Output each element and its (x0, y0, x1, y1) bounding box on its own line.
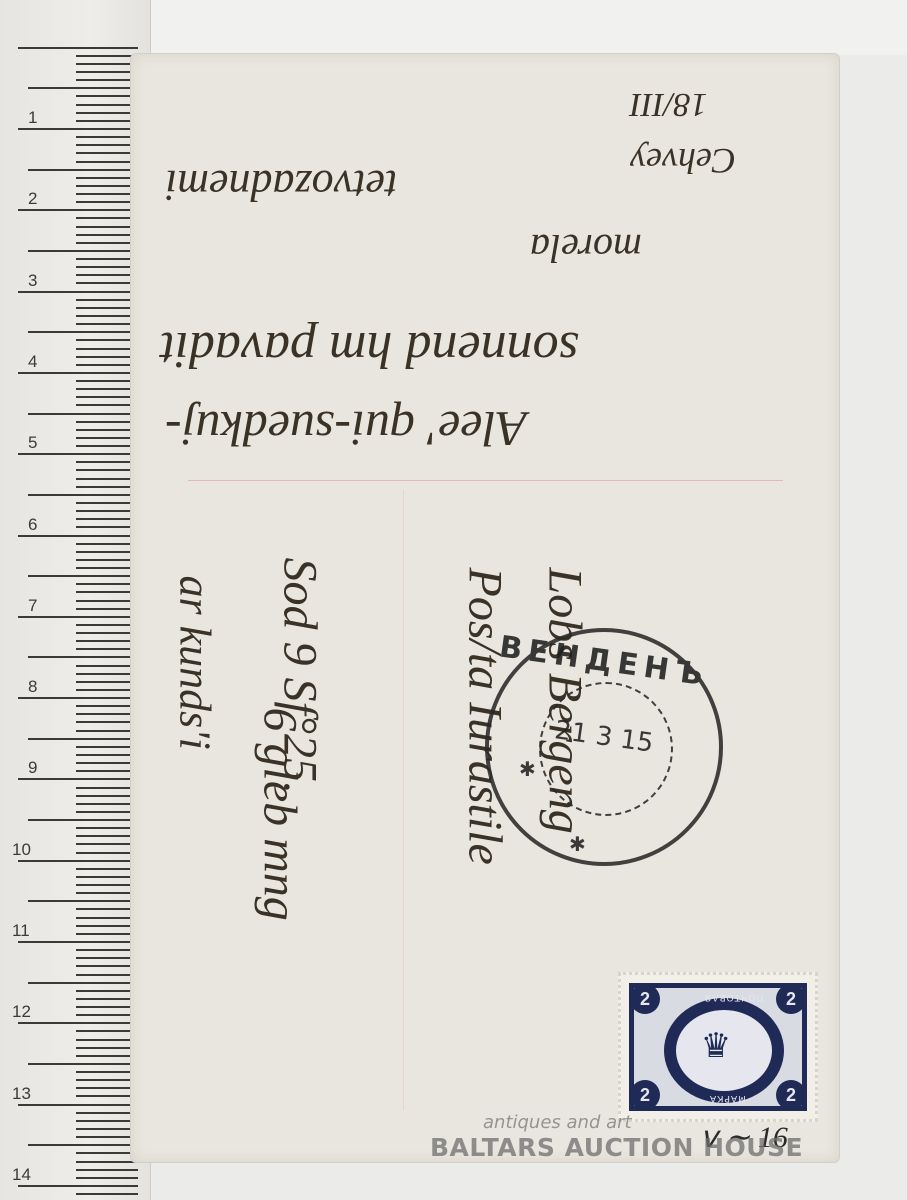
ruler-tick (76, 1071, 138, 1073)
ruler-tick (76, 339, 138, 341)
ruler-tick (76, 348, 138, 350)
ruler-tick (76, 315, 138, 317)
address-line-5: ar kunds'i (170, 576, 221, 876)
ruler-tick (18, 941, 138, 943)
star-icon: ✱ (519, 757, 536, 782)
ruler-tick (18, 616, 138, 618)
stamp-top-text: ПОЧТОВАЯ (704, 992, 763, 1002)
measuring-ruler: 1234567891011121314 (0, 0, 151, 1200)
stamp-value-corner: 2 (776, 1080, 806, 1110)
ruler-tick (76, 600, 138, 602)
ruler-tick (76, 908, 138, 910)
ruler-tick (28, 87, 138, 89)
ruler-label: 13 (12, 1084, 31, 1104)
ruler-tick (76, 559, 138, 561)
ruler-tick (28, 575, 138, 577)
ruler-tick (76, 640, 138, 642)
ruler-tick (76, 835, 138, 837)
ruler-tick (76, 990, 138, 992)
ruler-tick (76, 185, 138, 187)
ruler-tick (76, 510, 138, 512)
ruler-tick (28, 331, 138, 333)
ruler-tick (76, 803, 138, 805)
ruler-tick (76, 217, 138, 219)
ruler-tick (76, 1120, 138, 1122)
ruler-tick (28, 656, 138, 658)
ruler-tick (76, 762, 138, 764)
ruler-tick (76, 591, 138, 593)
ruler-tick (76, 632, 138, 634)
ruler-tick (18, 535, 138, 537)
ruler-tick (76, 299, 138, 301)
ruler-tick (76, 583, 138, 585)
stamp-bottom-text: МАРКА (709, 1093, 746, 1103)
ruler-label: 2 (28, 189, 37, 209)
postmark-cancellation: ВЕНДЕНЪ 21 3 15 ✱ ✱ (485, 628, 723, 866)
address-line-4: 6 gleb mng (253, 708, 308, 1148)
ruler-tick (76, 388, 138, 390)
ruler-tick (28, 819, 138, 821)
ruler-tick (76, 1095, 138, 1097)
ruler-tick (76, 396, 138, 398)
message-line-3: morela (530, 225, 642, 272)
ruler-tick (76, 949, 138, 951)
ruler-tick (76, 323, 138, 325)
ruler-label: 8 (28, 677, 37, 697)
ruler-label: 14 (12, 1165, 31, 1185)
ruler-tick (28, 250, 138, 252)
ruler-label: 11 (12, 921, 30, 941)
ruler-tick (76, 624, 138, 626)
ruler-tick (28, 900, 138, 902)
ruler-tick (76, 526, 138, 528)
ruler-tick (76, 104, 138, 106)
ruler-tick (76, 144, 138, 146)
ruler-label: 5 (28, 433, 37, 453)
ruler-label: 4 (28, 352, 37, 372)
ruler-tick (18, 778, 138, 780)
ruler-label: 3 (28, 271, 37, 291)
ruler-tick (76, 364, 138, 366)
ruler-tick (18, 209, 138, 211)
ruler-tick (76, 567, 138, 569)
ruler-tick (76, 1079, 138, 1081)
ruler-tick (76, 469, 138, 471)
ruler-tick (18, 128, 138, 130)
ruler-tick (76, 673, 138, 675)
ruler-tick (76, 868, 138, 870)
ruler-tick (76, 974, 138, 976)
ruler-tick (76, 95, 138, 97)
ruler-tick (76, 608, 138, 610)
ruler-tick (76, 380, 138, 382)
ruler-tick (76, 1030, 138, 1032)
ruler-tick (76, 404, 138, 406)
stamp-frame: ♛ 2 2 2 2 ПОЧТОВАЯ МАРКА (629, 983, 807, 1111)
ruler-tick (76, 1039, 138, 1041)
ruler-tick (28, 1063, 138, 1065)
ruler-tick (76, 421, 138, 423)
ruler-tick (76, 437, 138, 439)
ruler-tick (76, 274, 138, 276)
ruler-tick (28, 413, 138, 415)
postcard-address-line (403, 490, 404, 1110)
ruler-tick (76, 1152, 138, 1154)
ruler-tick (18, 1104, 138, 1106)
ruler-tick (76, 120, 138, 122)
ruler-tick (76, 713, 138, 715)
postage-stamp: ♛ 2 2 2 2 ПОЧТОВАЯ МАРКА (618, 972, 818, 1122)
ruler-tick (76, 827, 138, 829)
message-date: 18/III (630, 85, 707, 123)
ruler-tick (76, 226, 138, 228)
stamp-value-corner: 2 (630, 1080, 660, 1110)
ruler-label: 10 (12, 840, 31, 860)
ruler-tick (76, 1112, 138, 1114)
ruler-tick (76, 925, 138, 927)
ruler-tick (76, 518, 138, 520)
stamp-value-corner: 2 (630, 984, 660, 1014)
ruler-tick (76, 63, 138, 65)
ruler-tick (76, 770, 138, 772)
ruler-tick (28, 169, 138, 171)
watermark-name: BALTARS AUCTION HOUSE (430, 1133, 803, 1162)
ruler-label: 7 (28, 596, 37, 616)
ruler-tick (76, 152, 138, 154)
ruler-tick (76, 112, 138, 114)
ruler-tick (28, 1144, 138, 1146)
ruler-tick (76, 266, 138, 268)
ruler-tick (76, 282, 138, 284)
ruler-tick (76, 852, 138, 854)
ruler-tick (76, 201, 138, 203)
ruler-tick (76, 787, 138, 789)
ruler-tick (76, 746, 138, 748)
ruler-tick (76, 1006, 138, 1008)
ruler-tick (76, 1087, 138, 1089)
postcard-divider-line (188, 480, 783, 481)
ruler-tick (76, 502, 138, 504)
ruler-tick (76, 721, 138, 723)
ruler-tick (76, 1169, 138, 1171)
ruler-tick (76, 429, 138, 431)
ruler-tick (76, 1014, 138, 1016)
stamp-value-corner: 2 (776, 984, 806, 1014)
ruler-tick (76, 543, 138, 545)
ruler-label: 12 (12, 1002, 31, 1022)
ruler-tick (76, 551, 138, 553)
ruler-label: 9 (28, 758, 37, 778)
ruler-tick (18, 697, 138, 699)
ruler-tick (76, 681, 138, 683)
ruler-tick (76, 754, 138, 756)
ruler-tick (76, 965, 138, 967)
ruler-tick (76, 917, 138, 919)
ruler-tick (76, 811, 138, 813)
ruler-tick (76, 258, 138, 260)
ruler-tick (18, 1022, 138, 1024)
ruler-tick (18, 453, 138, 455)
ruler-tick (76, 1128, 138, 1130)
ruler-tick (18, 372, 138, 374)
ruler-tick (76, 957, 138, 959)
ruler-tick (18, 47, 138, 49)
ruler-tick (76, 1161, 138, 1163)
ruler-tick (76, 486, 138, 488)
double-headed-eagle-icon: ♛ (691, 1026, 741, 1066)
ruler-tick (76, 665, 138, 667)
star-icon: ✱ (569, 832, 586, 857)
ruler-tick (76, 234, 138, 236)
ruler-tick (76, 1055, 138, 1057)
ruler-tick (76, 730, 138, 732)
ruler-tick (76, 356, 138, 358)
ruler-tick (76, 876, 138, 878)
ruler-tick (28, 494, 138, 496)
ruler-tick (76, 177, 138, 179)
ruler-label: 1 (28, 108, 37, 128)
ruler-tick (76, 884, 138, 886)
ruler-tick (76, 445, 138, 447)
ruler-tick (18, 860, 138, 862)
ruler-tick (76, 648, 138, 650)
ruler-tick (76, 705, 138, 707)
ruler-tick (76, 242, 138, 244)
ruler-tick (76, 193, 138, 195)
ruler-tick (76, 1177, 138, 1179)
ruler-label: 6 (28, 515, 37, 535)
ruler-tick (76, 892, 138, 894)
ruler-tick (76, 71, 138, 73)
ruler-tick (76, 136, 138, 138)
message-line-4: sonnend hm pavadit (160, 320, 579, 379)
ruler-tick (76, 161, 138, 163)
message-line-1: Cehvey (630, 140, 736, 182)
message-line-5: Alee' qui-suedkuj- (165, 400, 527, 458)
ruler-tick (28, 738, 138, 740)
ruler-tick (76, 1136, 138, 1138)
ruler-tick (76, 478, 138, 480)
ruler-tick (76, 843, 138, 845)
ruler-tick (76, 998, 138, 1000)
ruler-tick (76, 689, 138, 691)
ruler-tick (76, 79, 138, 81)
ruler-tick (76, 1047, 138, 1049)
ruler-tick (76, 307, 138, 309)
ruler-tick (18, 1185, 138, 1187)
ruler-tick (18, 291, 138, 293)
ruler-tick (76, 933, 138, 935)
message-line-2: tetvozadnemi (165, 160, 397, 211)
ruler-tick (76, 1193, 138, 1195)
ruler-tick (76, 55, 138, 57)
ruler-tick (76, 461, 138, 463)
ruler-tick (28, 982, 138, 984)
ruler-tick (76, 795, 138, 797)
watermark-tagline: antiques and art (483, 1112, 632, 1133)
